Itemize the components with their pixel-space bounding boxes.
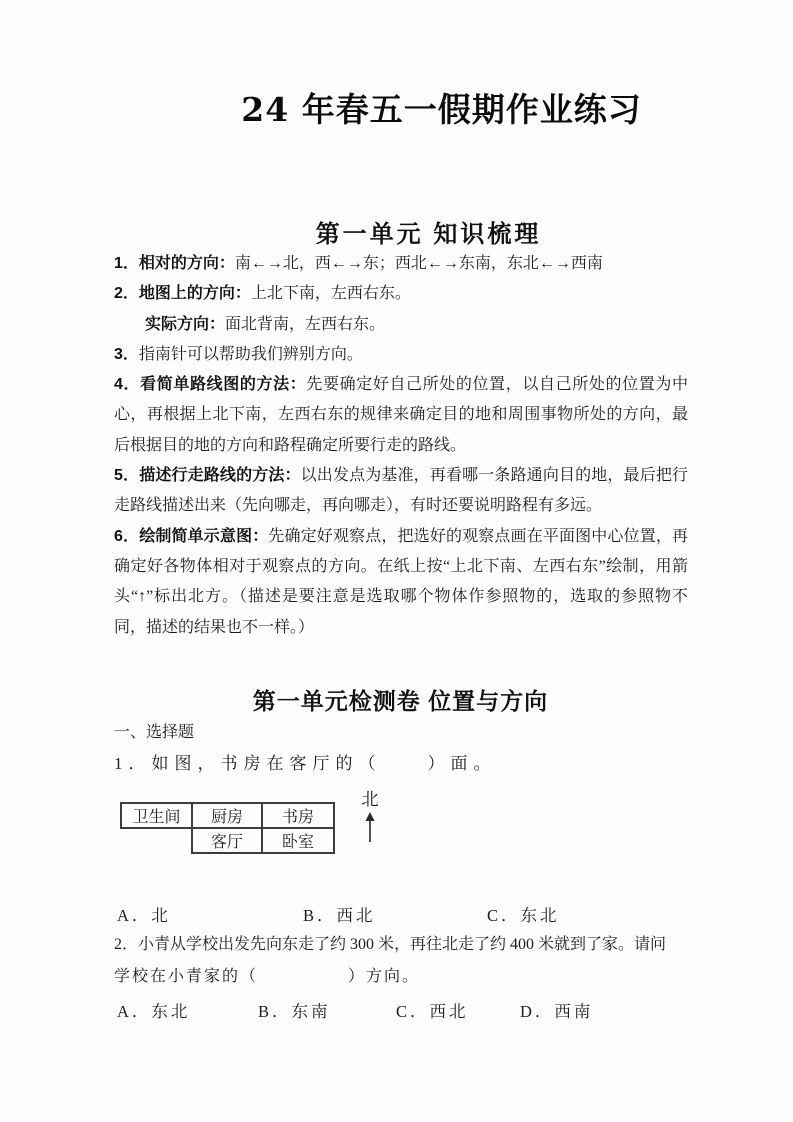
item-text: 南←→北，西←→东；西北←→东南，东北←→西南 <box>235 255 603 272</box>
compass-north-label: 北 <box>355 790 385 810</box>
floorplan-cell-study: 书房 <box>262 803 334 828</box>
q1-option-a: A．北 <box>117 902 171 926</box>
q2-option-c: C．西北 <box>396 998 469 1022</box>
knowledge-item-2b: 实际方向：面北背南，左西右东。 <box>114 310 688 340</box>
floorplan-cell-bedroom: 卧室 <box>262 828 334 853</box>
q1-option-b: B．西北 <box>303 902 376 926</box>
document-title: 24 年春五一假期作业练习 <box>0 88 793 132</box>
floorplan-cell-empty <box>121 828 192 853</box>
item-label: 看简单路线图的方法： <box>140 376 306 393</box>
question-2-text-line2: 学校在小青家的（ ）方向。 <box>114 966 420 988</box>
worksheet-page: 24 年春五一假期作业练习 第一单元 知识梳理 1．相对的方向：南←→北，西←→… <box>0 0 793 1122</box>
q1-option-c: C．东北 <box>487 902 560 926</box>
floorplan-cell-livingroom: 客厅 <box>192 828 262 853</box>
q2-options: A．东北 B．东南 C．西北 D．西南 <box>0 998 793 1022</box>
item-label: 实际方向： <box>145 316 225 333</box>
item-text: 面北背南，左西右东。 <box>225 316 385 333</box>
item-number: 6． <box>114 528 139 545</box>
item-number: 3． <box>114 346 139 363</box>
compass-north-indicator: 北 <box>355 790 385 842</box>
knowledge-item-2: 2．地图上的方向：上北下南，左西右东。 <box>114 279 688 309</box>
q1-options: A．北 B．西北 C．东北 <box>0 902 793 926</box>
item-number: 2． <box>114 285 139 302</box>
choice-section-label: 一、选择题 <box>114 722 194 744</box>
floorplan-cell-kitchen: 厨房 <box>192 803 262 828</box>
item-number: 5． <box>114 467 139 484</box>
floorplan-cell-bathroom: 卫生间 <box>121 803 192 828</box>
question-2-text-line1: 2．小青从学校出发先向东走了约 300 米，再往北走了约 400 米就到了家。请… <box>114 934 666 956</box>
item-label: 相对的方向： <box>139 255 235 272</box>
floorplan-row-2: 客厅 卧室 <box>121 828 334 853</box>
item-text: 指南针可以帮助我们辨别方向。 <box>139 346 363 363</box>
knowledge-item-3: 3．指南针可以帮助我们辨别方向。 <box>114 340 688 370</box>
knowledge-item-5: 5．描述行走路线的方法：以出发点为基准，再看哪一条路通向目的地，最后把行走路线描… <box>114 461 688 522</box>
q2-option-b: B．东南 <box>258 998 331 1022</box>
item-number: 4． <box>114 376 140 393</box>
knowledge-section-heading: 第一单元 知识梳理 <box>0 214 793 249</box>
q2-option-d: D．西南 <box>520 998 593 1022</box>
item-number: 1． <box>114 255 139 272</box>
item-label: 绘制简单示意图： <box>139 528 268 545</box>
knowledge-item-4: 4．看简单路线图的方法：先要确定好自己所处的位置，以自己所处的位置为中心，再根据… <box>114 370 688 461</box>
knowledge-item-1: 1．相对的方向：南←→北，西←→东；西北←→东南，东北←→西南 <box>114 249 688 279</box>
knowledge-item-6: 6．绘制简单示意图：先确定好观察点，把选好的观察点画在平面图中心位置，再确定好各… <box>114 522 688 643</box>
floorplan-diagram: 卫生间 厨房 书房 客厅 卧室 <box>120 802 335 854</box>
item-label: 地图上的方向： <box>139 285 251 302</box>
item-label: 描述行走路线的方法： <box>139 467 300 484</box>
item-text: 上北下南，左西右东。 <box>251 285 411 302</box>
north-arrow-icon <box>363 812 377 842</box>
floorplan-row-1: 卫生间 厨房 书房 <box>121 803 334 828</box>
knowledge-list: 1．相对的方向：南←→北，西←→东；西北←→东南，东北←→西南 2．地图上的方向… <box>114 249 688 643</box>
question-1-text: 1．如图，书房在客厅的（ ）面。 <box>114 753 497 775</box>
q2-option-a: A．东北 <box>117 998 190 1022</box>
test-section-heading: 第一单元检测卷 位置与方向 <box>0 683 793 716</box>
